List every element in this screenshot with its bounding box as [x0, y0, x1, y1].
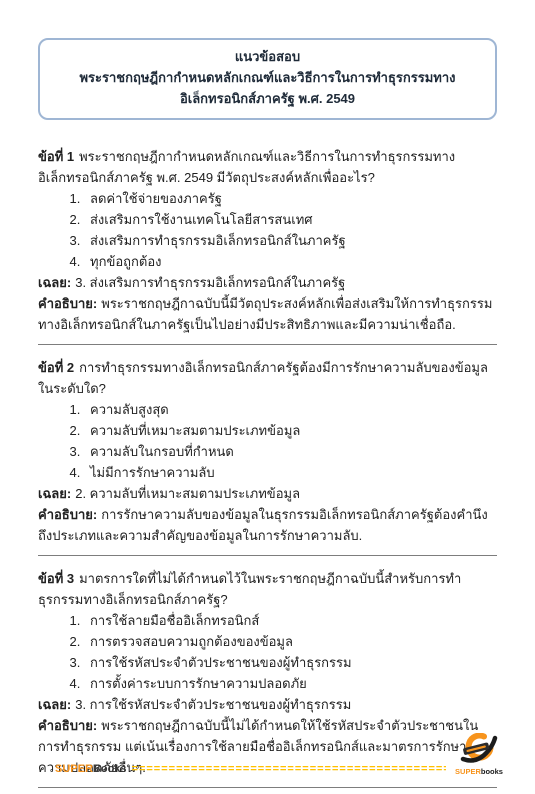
- answer-line: เฉลย:2. ความลับที่เหมาะสมตามประเภทข้อมูล: [38, 483, 497, 504]
- answer-line: เฉลย:3. การใช้รหัสประจำตัวประชาชนของผู้ท…: [38, 694, 497, 715]
- answer-label: เฉลย:: [38, 697, 71, 712]
- superbooks-logo-icon: [457, 733, 501, 766]
- answer-text: 2. ความลับที่เหมาะสมตามประเภทข้อมูล: [75, 486, 300, 501]
- page-title: แนวข้อสอบ: [50, 46, 485, 67]
- option-item: การใช้รหัสประจำตัวประชาชนของผู้ทำธุรกรรม: [84, 652, 497, 673]
- options-list: ลดค่าใช้จ่ายของภาครัฐ ส่งเสริมการใช้งานเ…: [38, 188, 497, 272]
- option-item: ทุกข้อถูกต้อง: [84, 251, 497, 272]
- exam-document-page: แนวข้อสอบ พระราชกฤษฎีกากำหนดหลักเกณฑ์และ…: [0, 0, 535, 794]
- page-subtitle: พระราชกฤษฎีกากำหนดหลักเกณฑ์และวิธีการในก…: [50, 67, 485, 109]
- question-block-1: ข้อที่ 1พระราชกฤษฎีกากำหนดหลักเกณฑ์และวิ…: [38, 146, 497, 335]
- page-footer: SUPERBooks =============================…: [0, 733, 535, 776]
- question-label: ข้อที่ 1: [38, 149, 74, 164]
- option-item: การตรวจสอบความถูกต้องของข้อมูล: [84, 631, 497, 652]
- explanation-line: คำอธิบาย:พระราชกฤษฎีกาฉบับนี้มีวัตถุประส…: [38, 293, 497, 335]
- explanation-line: คำอธิบาย:การรักษาความลับของข้อมูลในธุรกร…: [38, 504, 497, 546]
- question-label: ข้อที่ 2: [38, 360, 74, 375]
- explanation-label: คำอธิบาย:: [38, 296, 97, 311]
- section-divider: [38, 787, 497, 788]
- explanation-text: การรักษาความลับของข้อมูลในธุรกรรมอิเล็กท…: [38, 507, 488, 543]
- section-divider: [38, 555, 497, 556]
- options-list: การใช้ลายมือชื่ออิเล็กทรอนิกส์ การตรวจสอ…: [38, 610, 497, 694]
- answer-text: 3. การใช้รหัสประจำตัวประชาชนของผู้ทำธุรก…: [75, 697, 351, 712]
- option-item: ส่งเสริมการทำธุรกรรมอิเล็กทรอนิกส์ในภาคร…: [84, 230, 497, 251]
- option-item: ไม่มีการรักษาความลับ: [84, 462, 497, 483]
- logo-text-books: books: [481, 767, 503, 776]
- superbooks-logo-text: SUPERbooks: [455, 767, 503, 776]
- question-block-2: ข้อที่ 2การทำธุรกรรมทางอิเล็กทรอนิกส์ภาค…: [38, 357, 497, 546]
- option-item: ความลับในกรอบที่กำหนด: [84, 441, 497, 462]
- question-text: ข้อที่ 3มาตรการใดที่ไม่ได้กำหนดไว้ในพระร…: [38, 568, 497, 610]
- option-item: ลดค่าใช้จ่ายของภาครัฐ: [84, 188, 497, 209]
- question-text: ข้อที่ 1พระราชกฤษฎีกากำหนดหลักเกณฑ์และวิ…: [38, 146, 497, 188]
- exam-header-box: แนวข้อสอบ พระราชกฤษฎีกากำหนดหลักเกณฑ์และ…: [38, 38, 497, 120]
- option-item: ความลับสูงสุด: [84, 399, 497, 420]
- footer-brand: SUPERBooks: [55, 762, 127, 776]
- logo-text-super: SUPER: [455, 767, 481, 776]
- option-item: การตั้งค่าระบบการรักษาความปลอดภัย: [84, 673, 497, 694]
- answer-text: 3. ส่งเสริมการทำธุรกรรมอิเล็กทรอนิกส์ในภ…: [75, 275, 345, 290]
- option-item: ความลับที่เหมาะสมตามประเภทข้อมูล: [84, 420, 497, 441]
- explanation-label: คำอธิบาย:: [38, 507, 97, 522]
- document-content: แนวข้อสอบ พระราชกฤษฎีกากำหนดหลักเกณฑ์และ…: [0, 0, 535, 788]
- question-text: ข้อที่ 2การทำธุรกรรมทางอิเล็กทรอนิกส์ภาค…: [38, 357, 497, 399]
- answer-label: เฉลย:: [38, 275, 71, 290]
- footer-brand-books: Books: [93, 763, 127, 775]
- superbooks-logo: SUPERbooks: [451, 733, 507, 776]
- footer-brand-super: SUPER: [55, 763, 93, 775]
- question-body: มาตรการใดที่ไม่ได้กำหนดไว้ในพระราชกฤษฎีก…: [38, 571, 461, 607]
- question-body: พระราชกฤษฎีกากำหนดหลักเกณฑ์และวิธีการในก…: [38, 149, 455, 185]
- option-item: การใช้ลายมือชื่ออิเล็กทรอนิกส์: [84, 610, 497, 631]
- explanation-text: พระราชกฤษฎีกาฉบับนี้มีวัตถุประสงค์หลักเพ…: [38, 296, 492, 332]
- explanation-label: คำอธิบาย:: [38, 718, 97, 733]
- question-label: ข้อที่ 3: [38, 571, 74, 586]
- option-item: ส่งเสริมการใช้งานเทคโนโลยีสารสนเทศ: [84, 209, 497, 230]
- options-list: ความลับสูงสุด ความลับที่เหมาะสมตามประเภท…: [38, 399, 497, 483]
- answer-line: เฉลย:3. ส่งเสริมการทำธุรกรรมอิเล็กทรอนิก…: [38, 272, 497, 293]
- section-divider: [38, 344, 497, 345]
- footer-divider-dashes: ========================================…: [132, 762, 446, 776]
- question-body: การทำธุรกรรมทางอิเล็กทรอนิกส์ภาครัฐต้องม…: [38, 360, 488, 396]
- answer-label: เฉลย:: [38, 486, 71, 501]
